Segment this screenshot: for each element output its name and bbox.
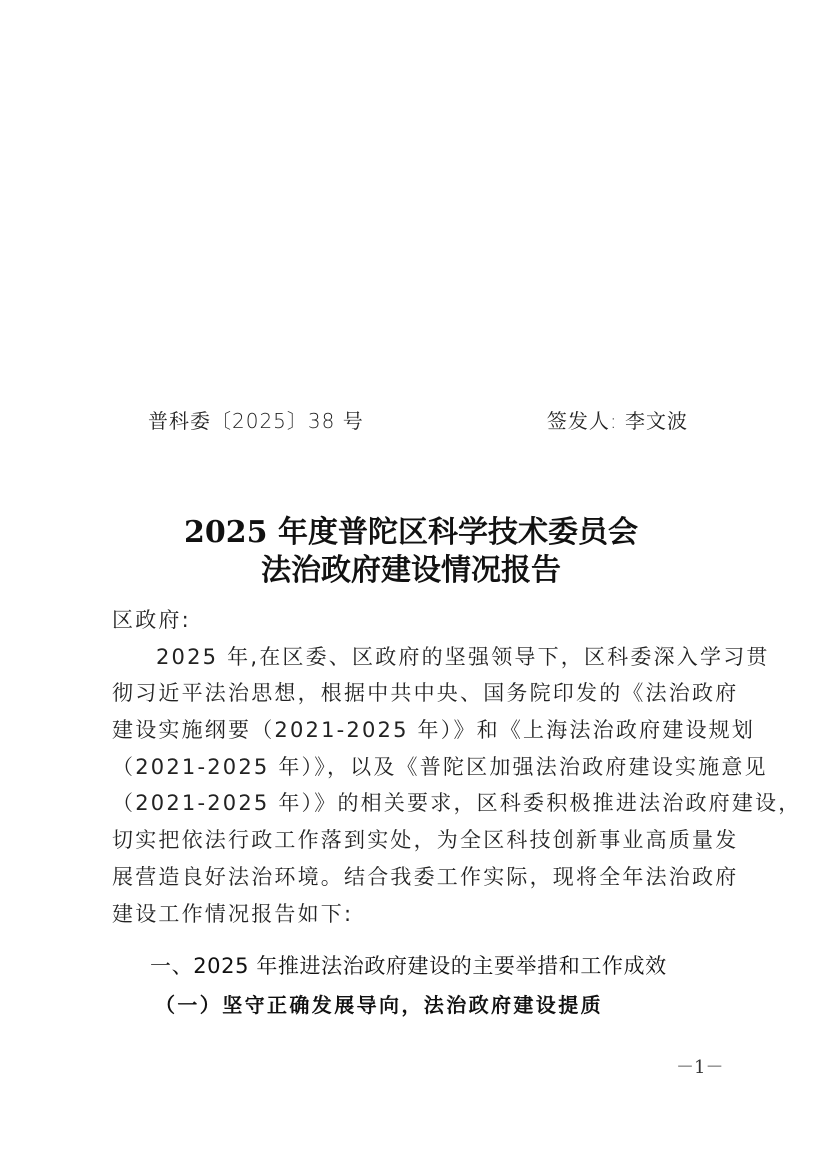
body-line: 建设工作情况报告如下:	[112, 896, 720, 933]
document-page: 普科委〔2025〕38 号 签发人: 李文波 2025 年度普陀区科学技术委员会…	[0, 0, 822, 1169]
document-number: 普科委〔2025〕38 号	[148, 404, 364, 438]
title-line-2: 法治政府建设情况报告	[0, 552, 822, 590]
section-heading: 一、2025 年推进法治政府建设的主要举措和工作成效	[150, 948, 667, 984]
title-line-1: 2025 年度普陀区科学技术委员会	[0, 514, 822, 552]
salutation: 区政府:	[112, 602, 720, 639]
body-line: 建设实施纲要（2021-2025 年）》和《上海法治政府建设规划	[112, 712, 720, 749]
body-line: 彻习近平法治思想，根据中共中央、国务院印发的《法治政府	[112, 675, 720, 712]
document-body: 区政府: 2025 年,在区委、区政府的坚强领导下，区科委深入学习贯 彻习近平法…	[112, 602, 720, 932]
body-line: （2021-2025 年）》，以及《普陀区加强法治政府建设实施意见	[112, 749, 720, 786]
body-line: 切实把依法行政工作落到实处，为全区科技创新事业高质量发	[112, 822, 720, 859]
document-title: 2025 年度普陀区科学技术委员会 法治政府建设情况报告	[0, 514, 822, 590]
body-line: （2021-2025 年）》的相关要求，区科委积极推进法治政府建设，	[112, 785, 720, 822]
signer: 签发人: 李文波	[547, 404, 688, 438]
body-line: 展营造良好法治环境。结合我委工作实际，现将全年法治政府	[112, 859, 720, 896]
subsection-heading: （一）坚守正确发展导向，法治政府建设提质	[155, 987, 603, 1023]
page-number: －1－	[676, 1056, 723, 1080]
body-line: 2025 年,在区委、区政府的坚强领导下，区科委深入学习贯	[112, 639, 720, 676]
document-header-row: 普科委〔2025〕38 号 签发人: 李文波	[148, 404, 688, 438]
